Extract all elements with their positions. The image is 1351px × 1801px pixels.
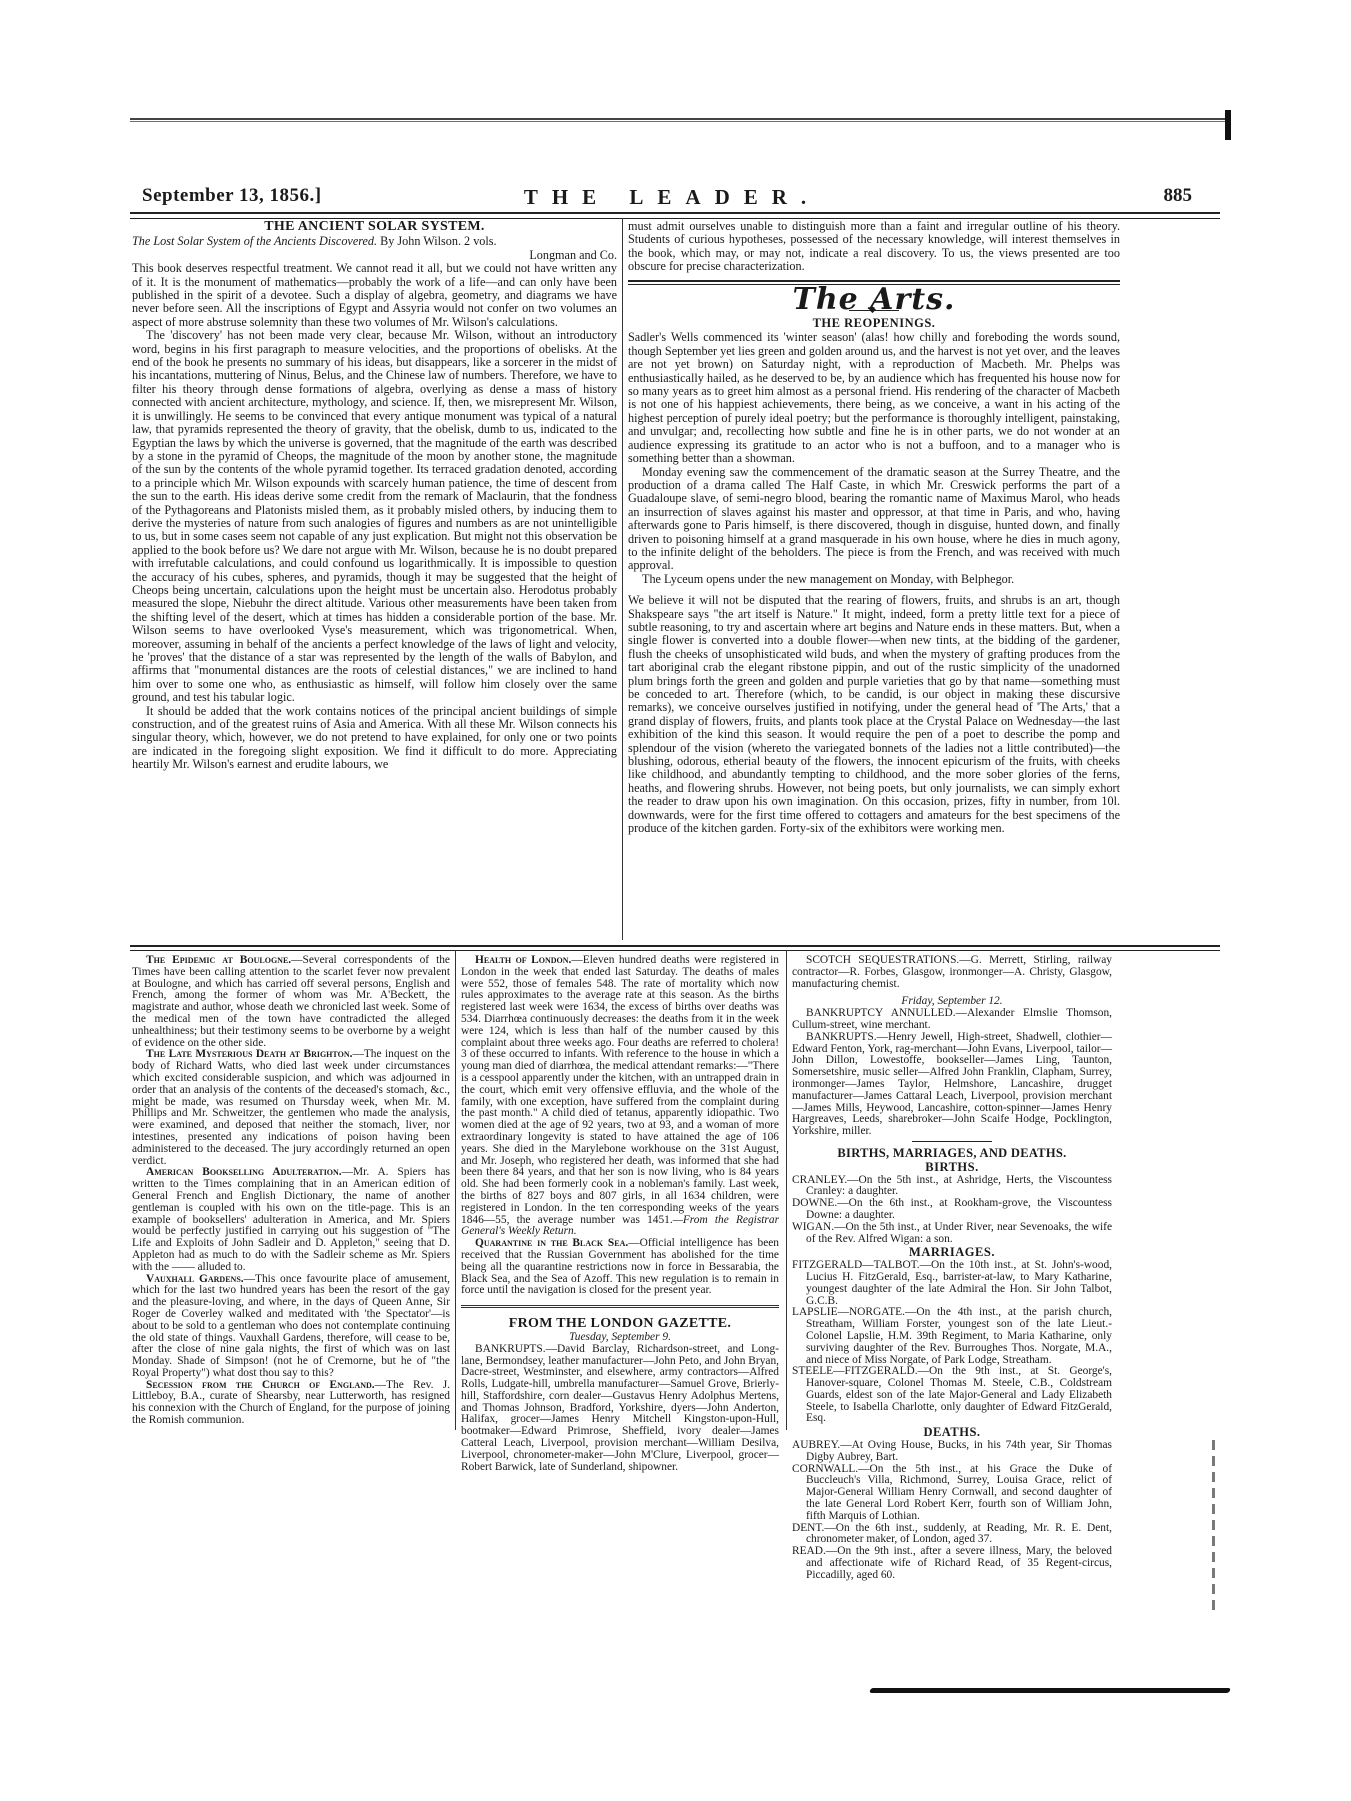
births-heading: BIRTHS. xyxy=(792,1162,1112,1174)
birth-entry: WIGAN.—On the 5th inst., at Under River,… xyxy=(792,1222,1112,1246)
news-item: Secession from the Church of England.—Th… xyxy=(132,1380,450,1427)
death-entry: READ.—On the 9th inst., after a severe i… xyxy=(792,1546,1112,1581)
publisher: Longman and Co. xyxy=(132,249,617,262)
paragraph: The Lyceum opens under the new managemen… xyxy=(628,573,1120,586)
ornament-divider xyxy=(849,310,899,311)
paragraph: Sadler's Wells commenced its 'winter sea… xyxy=(628,331,1120,465)
death-entry: DENT.—On the 6th inst., suddenly, at Rea… xyxy=(792,1523,1112,1547)
news-column-1: The Epidemic at Boulogne.—Several corres… xyxy=(132,955,450,1427)
news-item: The Late Mysterious Death at Brighton.—T… xyxy=(132,1049,450,1167)
death-entry: CORNWALL.—On the 5th inst., at his Grace… xyxy=(792,1464,1112,1523)
birth-entry: DOWNE.—On the 6th inst., at Rookham-grov… xyxy=(792,1198,1112,1222)
masthead-rule xyxy=(130,212,1220,219)
marriages-heading: MARRIAGES. xyxy=(792,1247,1112,1259)
paragraph: The 'discovery' has not been made very c… xyxy=(132,329,617,704)
section-rule xyxy=(130,945,1220,951)
news-item: Vauxhall Gardens.—This once favourite pl… xyxy=(132,1274,450,1380)
gazette-scotch: SCOTCH SEQUESTRATIONS.—G. Merrett, Stirl… xyxy=(792,955,1112,990)
marriage-entry: STEELE—FITZGERALD.—On the 9th inst., at … xyxy=(792,1366,1112,1425)
marriage-entry: LAPSLIE—NORGATE.—On the 4th inst., at th… xyxy=(792,1307,1112,1366)
deaths-heading: DEATHS. xyxy=(792,1427,1112,1439)
book-author: By John Wilson. 2 vols. xyxy=(380,234,496,248)
short-rule xyxy=(799,589,949,590)
margin-marks xyxy=(1212,1440,1215,1610)
birth-entry: CRANLEY.—On the 5th inst., at Ashridge, … xyxy=(792,1175,1112,1199)
news-column-2: Health of London.—Eleven hundred deaths … xyxy=(461,955,779,1473)
gazette-bankrupts: BANKRUPTS.—David Barclay, Richardson-str… xyxy=(461,1344,779,1474)
gazette-annulled: BANKRUPTCY ANNULLED.—Alexander Elmslie T… xyxy=(792,1008,1112,1032)
gazette-column: SCOTCH SEQUESTRATIONS.—G. Merrett, Stirl… xyxy=(792,955,1112,1582)
column-divider xyxy=(786,950,787,1430)
section-rule xyxy=(461,1305,779,1308)
article-heading: THE REOPENINGS. xyxy=(628,317,1120,330)
solar-continuation: must admit ourselves unable to distingui… xyxy=(628,220,1120,274)
bmd-heading: BIRTHS, MARRIAGES, AND DEATHS. xyxy=(792,1148,1112,1160)
short-rule xyxy=(912,1141,992,1142)
masthead: September 13, 1856.] THE LEADER. 885 xyxy=(142,185,1202,211)
top-rule xyxy=(130,118,1230,124)
death-entry: AUBREY.—At Oving House, Bucks, in his 74… xyxy=(792,1440,1112,1464)
page-number: 885 xyxy=(1164,185,1193,207)
gazette-bankrupts: BANKRUPTS.—Henry Jewell, High-street, Sh… xyxy=(792,1032,1112,1138)
news-item: Health of London.—Eleven hundred deaths … xyxy=(461,955,779,1238)
paragraph: This book deserves respectful treatment.… xyxy=(132,262,617,329)
article-heading: THE ANCIENT SOLAR SYSTEM. xyxy=(132,220,617,233)
right-column-upper: must admit ourselves unable to distingui… xyxy=(628,220,1120,835)
column-divider xyxy=(622,218,623,940)
page-edge-mark xyxy=(1225,110,1231,140)
paragraph: We believe it will not be disputed that … xyxy=(628,594,1120,835)
gazette-date: Tuesday, September 9. xyxy=(461,1332,779,1344)
book-title: The Lost Solar System of the Ancients Di… xyxy=(132,234,377,248)
gazette-heading: FROM THE LONDON GAZETTE. xyxy=(461,1318,779,1330)
newspaper-title: THE LEADER. xyxy=(142,185,1202,210)
column-divider xyxy=(455,950,456,1430)
news-item: The Epidemic at Boulogne.—Several corres… xyxy=(132,955,450,1049)
book-citation: The Lost Solar System of the Ancients Di… xyxy=(132,235,617,248)
scan-artifact xyxy=(869,1688,1231,1693)
marriage-entry: FITZGERALD—TALBOT.—On the 10th inst., at… xyxy=(792,1260,1112,1307)
news-item: Quarantine in the Black Sea.—Official in… xyxy=(461,1238,779,1297)
news-item: American Bookselling Adulteration.—Mr. A… xyxy=(132,1167,450,1273)
paragraph: It should be added that the work contain… xyxy=(132,705,617,772)
paragraph: Monday evening saw the commencement of t… xyxy=(628,466,1120,573)
article-ancient-solar-system: THE ANCIENT SOLAR SYSTEM. The Lost Solar… xyxy=(132,220,617,772)
